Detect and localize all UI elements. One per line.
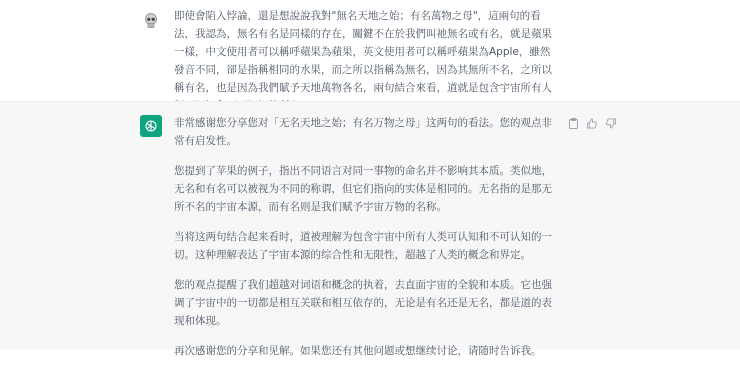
thumbs-up-icon[interactable] bbox=[587, 118, 597, 129]
skull-avatar-icon bbox=[140, 10, 162, 32]
assistant-paragraph: 再次感谢您的分享和见解。如果您还有其他问题或想继续讨论，请随时告诉我。 bbox=[174, 342, 559, 349]
assistant-paragraph: 非常感谢您分享您对「无名天地之始；有名万物之母」这两句的看法。您的观点非常有启发… bbox=[174, 114, 559, 150]
assistant-message-text: 非常感谢您分享您对「无名天地之始；有名万物之母」这两句的看法。您的观点非常有启发… bbox=[174, 114, 559, 349]
user-message-text: 即使會陷入悖論，還是想說說我對"無名天地之始；有名萬物之母"，這兩句的看法，我認… bbox=[174, 7, 554, 115]
assistant-paragraph: 您的观点提醒了我们超越对词语和概念的执着，去直面宇宙的全貌和本质。它也强调了宇宙… bbox=[174, 276, 559, 330]
assistant-paragraph: 您提到了苹果的例子，指出不同语言对同一事物的命名并不影响其本质。类似地，无名和有… bbox=[174, 162, 559, 216]
user-message: 即使會陷入悖論，還是想說說我對"無名天地之始；有名萬物之母"，這兩句的看法，我認… bbox=[0, 0, 740, 101]
thumbs-down-icon[interactable] bbox=[606, 118, 616, 129]
assistant-message: 非常感谢您分享您对「无名天地之始；有名万物之母」这两句的看法。您的观点非常有启发… bbox=[0, 101, 740, 349]
copy-icon[interactable] bbox=[568, 118, 578, 129]
assistant-paragraph: 当将这两句结合起来看时，道被理解为包含宇宙中所有人类可认知和不可认知的一切。这种… bbox=[174, 228, 559, 264]
chatgpt-logo-icon bbox=[140, 115, 162, 137]
message-actions bbox=[568, 118, 616, 129]
